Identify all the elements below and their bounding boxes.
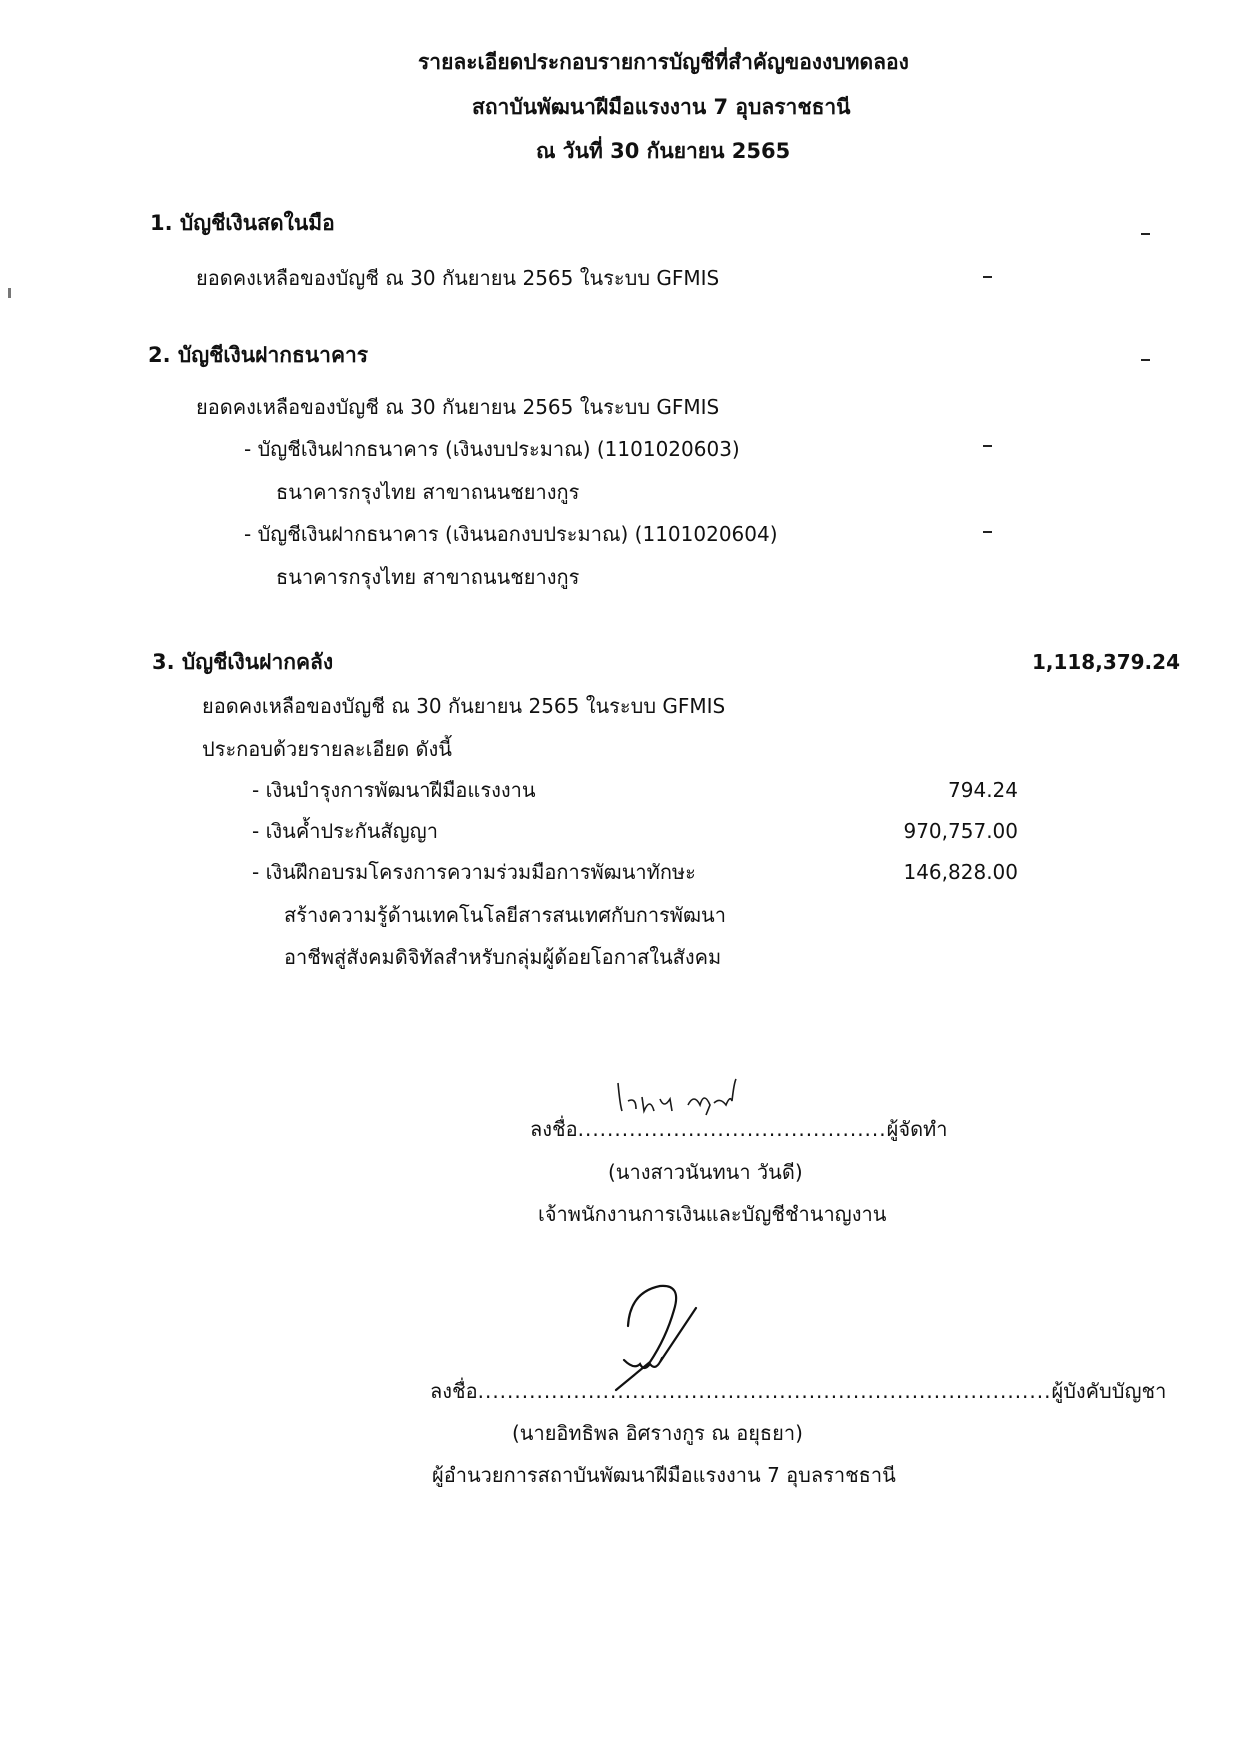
detail-item-value: 794.24 [948, 776, 1018, 804]
section-title: 3. บัญชีเงินฝากคลัง [152, 648, 333, 676]
bank-account-item: - บัญชีเงินฝากธนาคาร (เงินนอกงบประมาณ) (… [244, 520, 778, 548]
signer-name: (นายอิทธิพล อิศรางกูร ณ อยุธยา) [512, 1419, 803, 1447]
section-total: 1,118,379.24 [1032, 648, 1180, 676]
section-total-dash [1141, 233, 1150, 235]
detail-item: - เงินบำรุงการพัฒนาฝีมือแรงงาน [252, 776, 536, 804]
detail-item: - เงินค้ำประกันสัญญา [252, 817, 438, 845]
report-date: ณ วันที่ 30 กันยายน 2565 [536, 137, 790, 165]
role-suffix: ผู้จัดทำ [887, 1117, 948, 1141]
bank-account-value-dash [983, 445, 992, 447]
detail-item-continuation: สร้างความรู้ด้านเทคโนโลยีสารสนเทศกับการพ… [284, 901, 726, 929]
balance-line: ยอดคงเหลือของบัญชี ณ 30 กันยายน 2565 ในร… [202, 692, 725, 720]
section-title: 1. บัญชีเงินสดในมือ [150, 209, 335, 237]
institution-name: สถาบันพัฒนาฝีมือแรงงาน 7 อุบลราชธานี [472, 93, 851, 121]
balance-line: ยอดคงเหลือของบัญชี ณ 30 กันยายน 2565 ในร… [196, 264, 719, 292]
report-title: รายละเอียดประกอบรายการบัญชีที่สำคัญของงบ… [418, 48, 909, 76]
signature-line: ลงชื่อ..................................… [430, 1377, 1166, 1405]
signature-dots: ........................................… [578, 1117, 887, 1141]
detail-item-value: 970,757.00 [903, 817, 1018, 845]
detail-item-continuation: อาชีพสู่สังคมดิจิทัลสำหรับกลุ่มผู้ด้อยโอ… [284, 943, 721, 971]
bank-branch: ธนาคารกรุงไทย สาขาถนนชยางกูร [276, 563, 579, 591]
bank-account-value-dash [983, 531, 992, 533]
bank-branch: ธนาคารกรุงไทย สาขาถนนชยางกูร [276, 478, 579, 506]
section-total-dash [1141, 359, 1150, 361]
bank-account-item: - บัญชีเงินฝากธนาคาร (เงินงบประมาณ) (110… [244, 435, 740, 463]
signer-position: ผู้อำนวยการสถาบันพัฒนาฝีมือแรงงาน 7 อุบล… [432, 1461, 896, 1489]
balance-value-dash [983, 276, 992, 278]
detail-intro: ประกอบด้วยรายละเอียด ดังนี้ [202, 735, 452, 763]
signer-name: (นางสาวนันทนา วันดี) [608, 1158, 803, 1186]
section-title: 2. บัญชีเงินฝากธนาคาร [148, 341, 368, 369]
signer-position: เจ้าพนักงานการเงินและบัญชีชำนาญงาน [538, 1200, 886, 1228]
signature-line: ลงชื่อ..................................… [530, 1115, 947, 1143]
role-suffix: ผู้บังคับบัญชา [1052, 1379, 1167, 1403]
detail-item-value: 146,828.00 [903, 858, 1018, 886]
balance-line: ยอดคงเหลือของบัญชี ณ 30 กันยายน 2565 ในร… [196, 393, 719, 421]
scan-artifact [8, 288, 11, 298]
sign-prefix: ลงชื่อ [530, 1117, 578, 1141]
signature-dots: ........................................… [478, 1379, 1052, 1403]
sign-prefix: ลงชื่อ [430, 1379, 478, 1403]
detail-item: - เงินฝึกอบรมโครงการความร่วมมือการพัฒนาท… [252, 858, 696, 886]
handwritten-signature [600, 1282, 720, 1392]
